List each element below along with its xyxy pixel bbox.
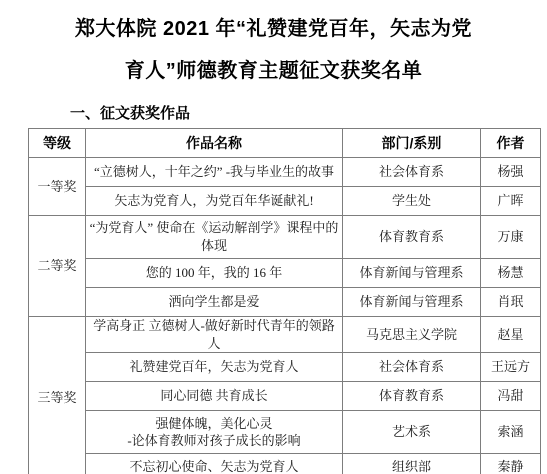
table-row: 强健体魄，美化心灵 -论体育教师对孩子成长的影响 艺术系 索涵 [29, 411, 541, 454]
department-cell: 体育教育系 [343, 382, 481, 411]
table-row: 矢志为党育人，为党百年华诞献礼! 学生处 广晖 [29, 187, 541, 216]
column-header-work-title: 作品名称 [86, 129, 343, 158]
department-cell: 马克思主义学院 [343, 317, 481, 353]
level-cell-third-prize: 三等奖 [29, 317, 86, 474]
author-cell: 索涵 [481, 411, 541, 454]
author-cell: 杨慧 [481, 259, 541, 288]
table-row: 三等奖 学高身正 立德树人-做好新时代青年的领路人 马克思主义学院 赵星 [29, 317, 541, 353]
section-heading: 一、征文获奖作品 [70, 102, 547, 123]
awards-table: 等级 作品名称 部门/系别 作者 一等奖 “立德树人，十年之约” -我与毕业生的… [28, 128, 541, 474]
work-title-cell: 洒向学生都是爱 [86, 288, 343, 317]
department-cell: 艺术系 [343, 411, 481, 454]
table-row: 二等奖 “为党育人” 使命在《运动解剖学》课程中的体现 体育教育系 万康 [29, 216, 541, 259]
table-row: 洒向学生都是爱 体育新闻与管理系 肖珉 [29, 288, 541, 317]
author-cell: 赵星 [481, 317, 541, 353]
department-cell: 体育新闻与管理系 [343, 259, 481, 288]
work-title-cell: “为党育人” 使命在《运动解剖学》课程中的体现 [86, 216, 343, 259]
table-row: 同心同德 共育成长 体育教育系 冯甜 [29, 382, 541, 411]
table-row: 一等奖 “立德树人，十年之约” -我与毕业生的故事 社会体育系 杨强 [29, 158, 541, 187]
title-line-1: 郑大体院 2021 年“礼赞建党百年，矢志为党 [0, 8, 547, 50]
work-title-cell: 矢志为党育人，为党百年华诞献礼! [86, 187, 343, 216]
level-cell-second-prize: 二等奖 [29, 216, 86, 317]
department-cell: 社会体育系 [343, 158, 481, 187]
author-cell: 秦静 [481, 454, 541, 474]
author-cell: 冯甜 [481, 382, 541, 411]
table-header-row: 等级 作品名称 部门/系别 作者 [29, 129, 541, 158]
document-title: 郑大体院 2021 年“礼赞建党百年，矢志为党 育人”师德教育主题征文获奖名单 [0, 8, 547, 92]
department-cell: 体育教育系 [343, 216, 481, 259]
department-cell: 组织部 [343, 454, 481, 474]
department-cell: 学生处 [343, 187, 481, 216]
work-title-cell: 同心同德 共育成长 [86, 382, 343, 411]
work-title-cell: 强健体魄，美化心灵 -论体育教师对孩子成长的影响 [86, 411, 343, 454]
department-cell: 体育新闻与管理系 [343, 288, 481, 317]
author-cell: 万康 [481, 216, 541, 259]
title-line-2: 育人”师德教育主题征文获奖名单 [0, 50, 547, 92]
document-page: 郑大体院 2021 年“礼赞建党百年，矢志为党 育人”师德教育主题征文获奖名单 … [0, 0, 547, 474]
department-cell: 社会体育系 [343, 353, 481, 382]
level-cell-first-prize: 一等奖 [29, 158, 86, 216]
table-row: 您的 100 年，我的 16 年 体育新闻与管理系 杨慧 [29, 259, 541, 288]
table-row: 礼赞建党百年，矢志为党育人 社会体育系 王远方 [29, 353, 541, 382]
work-title-cell: “立德树人，十年之约” -我与毕业生的故事 [86, 158, 343, 187]
work-title-cell: 学高身正 立德树人-做好新时代青年的领路人 [86, 317, 343, 353]
work-title-cell: 您的 100 年，我的 16 年 [86, 259, 343, 288]
work-title-cell: 不忘初心使命、矢志为党育人 [86, 454, 343, 474]
table-row: 不忘初心使命、矢志为党育人 组织部 秦静 [29, 454, 541, 474]
column-header-level: 等级 [29, 129, 86, 158]
author-cell: 杨强 [481, 158, 541, 187]
work-title-cell: 礼赞建党百年，矢志为党育人 [86, 353, 343, 382]
author-cell: 肖珉 [481, 288, 541, 317]
column-header-author: 作者 [481, 129, 541, 158]
author-cell: 广晖 [481, 187, 541, 216]
author-cell: 王远方 [481, 353, 541, 382]
column-header-department: 部门/系别 [343, 129, 481, 158]
